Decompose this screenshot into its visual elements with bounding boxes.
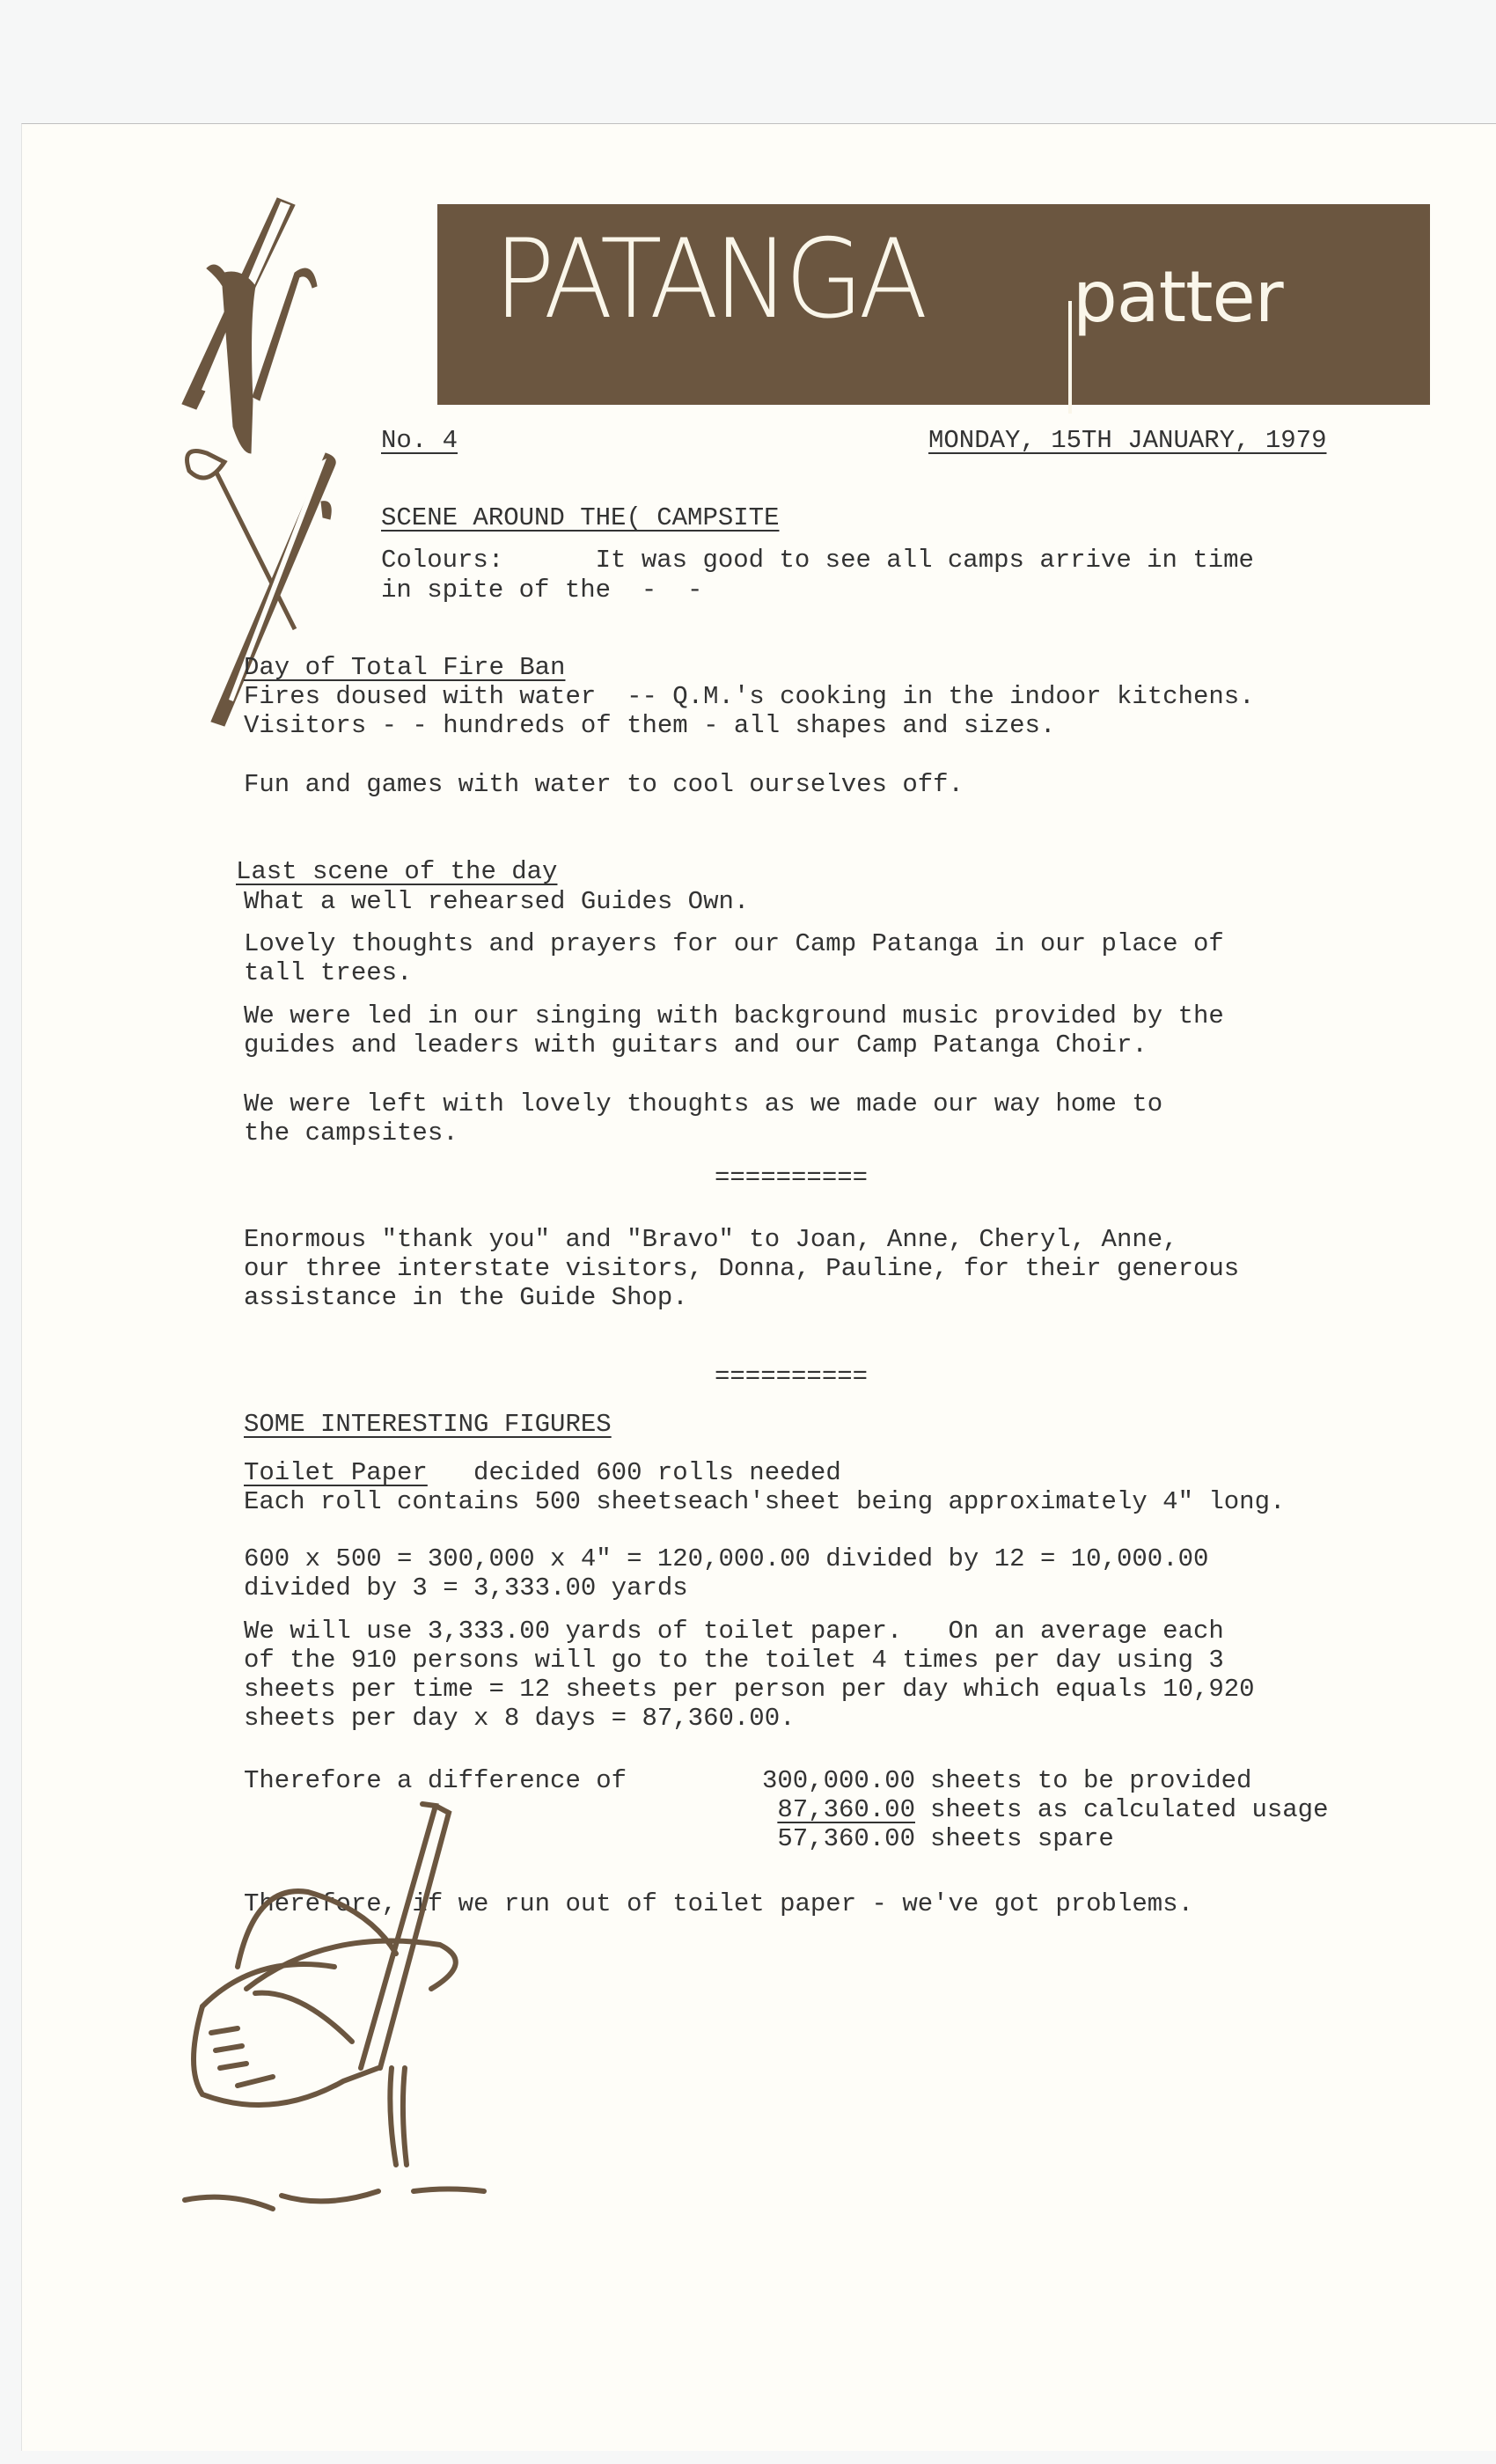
section-heading-campsite: SCENE AROUND THE( CAMPSITE <box>381 503 779 533</box>
calc-line-1: 600 x 500 = 300,000 x 4" = 120,000.00 di… <box>244 1544 1208 1574</box>
separator-2: ========== <box>715 1362 868 1392</box>
toilet-paper-decided: decided 600 rolls needed <box>428 1458 841 1487</box>
issue-date: MONDAY, 15TH JANUARY, 1979 <box>928 426 1326 456</box>
billy-can-illustration <box>150 1778 519 2358</box>
last-scene-line-1: What a well rehearsed Guides Own. <box>244 887 749 917</box>
usage-line-1: We will use 3,333.00 yards of toilet pap… <box>244 1617 1224 1646</box>
campsite-line-1: Colours: It was good to see all camps ar… <box>381 546 1254 576</box>
fire-ban-line-1: Fires doused with water -- Q.M.'s cookin… <box>244 682 1255 712</box>
calc-line-2: divided by 3 = 3,333.00 yards <box>244 1573 688 1603</box>
usage-line-4: sheets per day x 8 days = 87,360.00. <box>244 1704 796 1734</box>
thanks-line-2: our three interstate visitors, Donna, Pa… <box>244 1254 1239 1284</box>
fire-ban-line-2: Visitors - - hundreds of them - all shap… <box>244 711 1055 741</box>
last-scene-para1-line2: tall trees. <box>244 958 412 988</box>
masthead-p-stem <box>1068 301 1072 414</box>
section-heading-figures: SOME INTERESTING FIGURES <box>244 1410 612 1440</box>
masthead-banner: PATANGA patter <box>437 204 1430 405</box>
masthead-subtitle: patter <box>1073 262 1283 333</box>
section-heading-last-scene: Last scene of the day <box>236 857 557 887</box>
separator-1: ========== <box>715 1163 868 1193</box>
usage-line-3: sheets per time = 12 sheets per person p… <box>244 1675 1255 1705</box>
last-scene-para3-line1: We were left with lovely thoughts as we … <box>244 1089 1162 1119</box>
usage-line-2: of the 910 persons will go to the toilet… <box>244 1646 1224 1676</box>
last-scene-para3-line2: the campsites. <box>244 1118 458 1148</box>
toilet-paper-subheading: Toilet Paper <box>244 1458 428 1487</box>
thanks-line-1: Enormous "thank you" and "Bravo" to Joan… <box>244 1225 1178 1255</box>
thanks-line-3: assistance in the Guide Shop. <box>244 1283 688 1313</box>
figures-line-1: Each roll contains 500 sheetseach'sheet … <box>244 1487 1285 1517</box>
last-scene-para2-line1: We were led in our singing with backgrou… <box>244 1001 1224 1031</box>
difference-value: 87,360.00 <box>713 1795 915 1825</box>
difference-value: 300,000.00 <box>713 1766 915 1796</box>
fire-ban-line-3: Fun and games with water to cool ourselv… <box>244 770 964 800</box>
difference-label: sheets to be provided <box>930 1766 1251 1796</box>
difference-label: sheets spare <box>930 1824 1114 1854</box>
section-heading-fire-ban: Day of Total Fire Ban <box>244 653 565 683</box>
campsite-line-2: in spite of the - - <box>381 576 702 605</box>
last-scene-para1-line1: Lovely thoughts and prayers for our Camp… <box>244 929 1224 959</box>
last-scene-para2-line2: guides and leaders with guitars and our … <box>244 1030 1148 1060</box>
difference-value: 57,360.00 <box>713 1824 915 1854</box>
masthead-title: PATANGA <box>494 225 923 334</box>
issue-number: No. 4 <box>381 426 458 456</box>
toilet-paper-line: Toilet Paper decided 600 rolls needed <box>244 1458 841 1488</box>
difference-label: sheets as calculated usage <box>930 1795 1328 1825</box>
